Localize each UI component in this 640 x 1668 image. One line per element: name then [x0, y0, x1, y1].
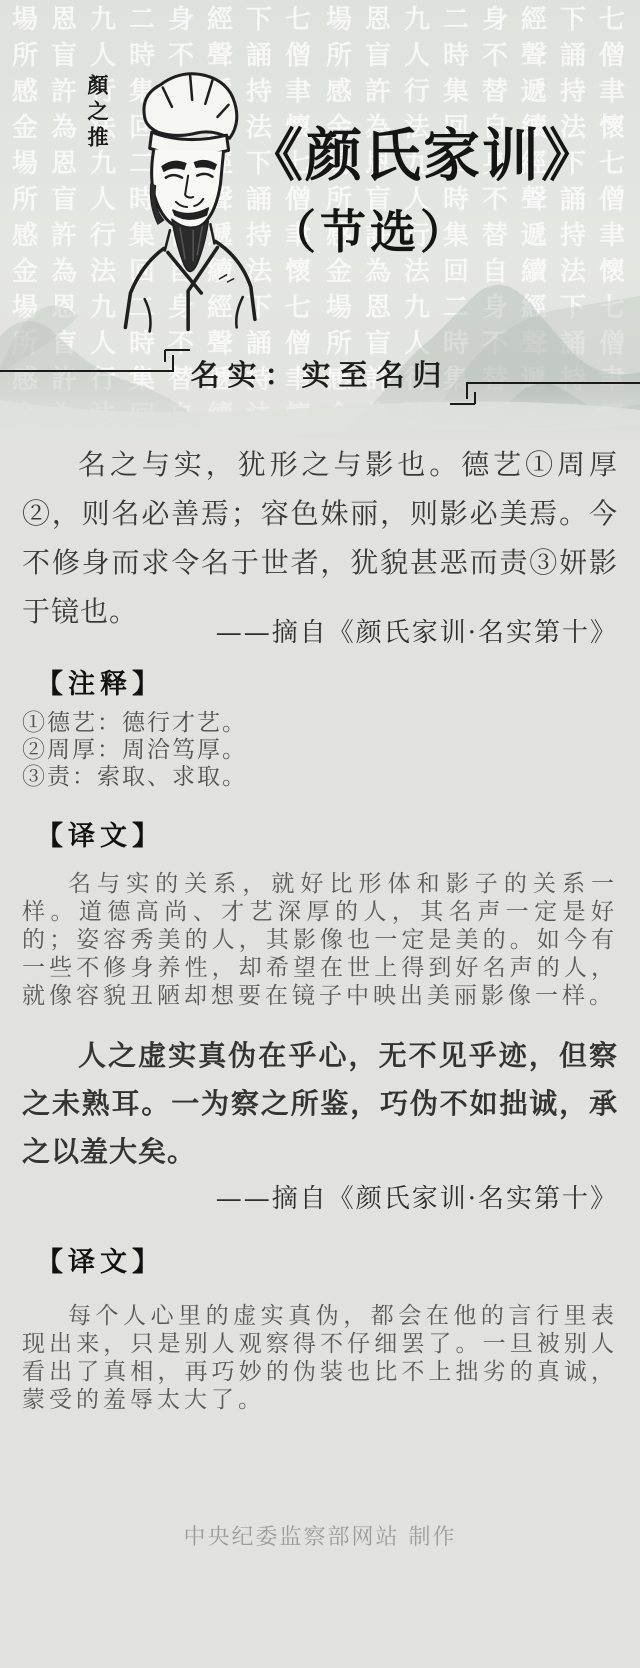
note-item: ①德艺：德行才艺。 [22, 710, 618, 737]
translation-2-heading: 【译文】 [36, 1240, 164, 1279]
classical-passage-1: 名之与实，犹形之与影也。德艺①周厚②，则名必善焉；容色姝丽，则影必美焉。今不修身… [22, 440, 618, 636]
notes-list: ①德艺：德行才艺。 ②周厚：周洽笃厚。 ③责：索取、求取。 [22, 710, 618, 791]
notes-heading: 【注释】 [36, 662, 164, 701]
translation-1-heading: 【译文】 [36, 814, 164, 853]
footer-credit: 中央纪委监察部网站 制作 [0, 1520, 640, 1551]
main-title: 《颜氏家训》 [214, 110, 632, 192]
translation-2-text: 每个人心里的虚实真伪，都会在他的言行里表现出来，只是别人观察得不仔细罢了。一旦被… [22, 1302, 618, 1414]
translation-1-text: 名与实的关系，就好比形体和影子的关系一样。道德高尚、才艺深厚的人，其名声一定是好… [22, 870, 618, 1010]
passage-1-source: ——摘自《颜氏家训·名实第十》 [60, 612, 618, 649]
sub-title: （节选） [170, 196, 570, 262]
section-heading: 名实：实至名归 [0, 353, 640, 394]
portrait-caption: 顏之推 [82, 74, 112, 152]
classical-passage-2: 人之虚实真伪在乎心，无不见乎迹，但察之未熟耳。一为察之所鉴，巧伪不如拙诚，承之以… [22, 1032, 618, 1176]
watermark-row: 場恩九二身經下七場恩九二身經下七 [12, 2, 640, 38]
passage-2-source: ——摘自《颜氏家训·名实第十》 [60, 1178, 618, 1215]
poster-page: 場恩九二身經下七場恩九二身經下七 所盲人時不聲誦僧所盲人時不聲誦僧 感許行集替遞… [0, 0, 640, 1668]
note-item: ③责：索取、求取。 [22, 764, 618, 791]
note-item: ②周厚：周洽笃厚。 [22, 737, 618, 764]
